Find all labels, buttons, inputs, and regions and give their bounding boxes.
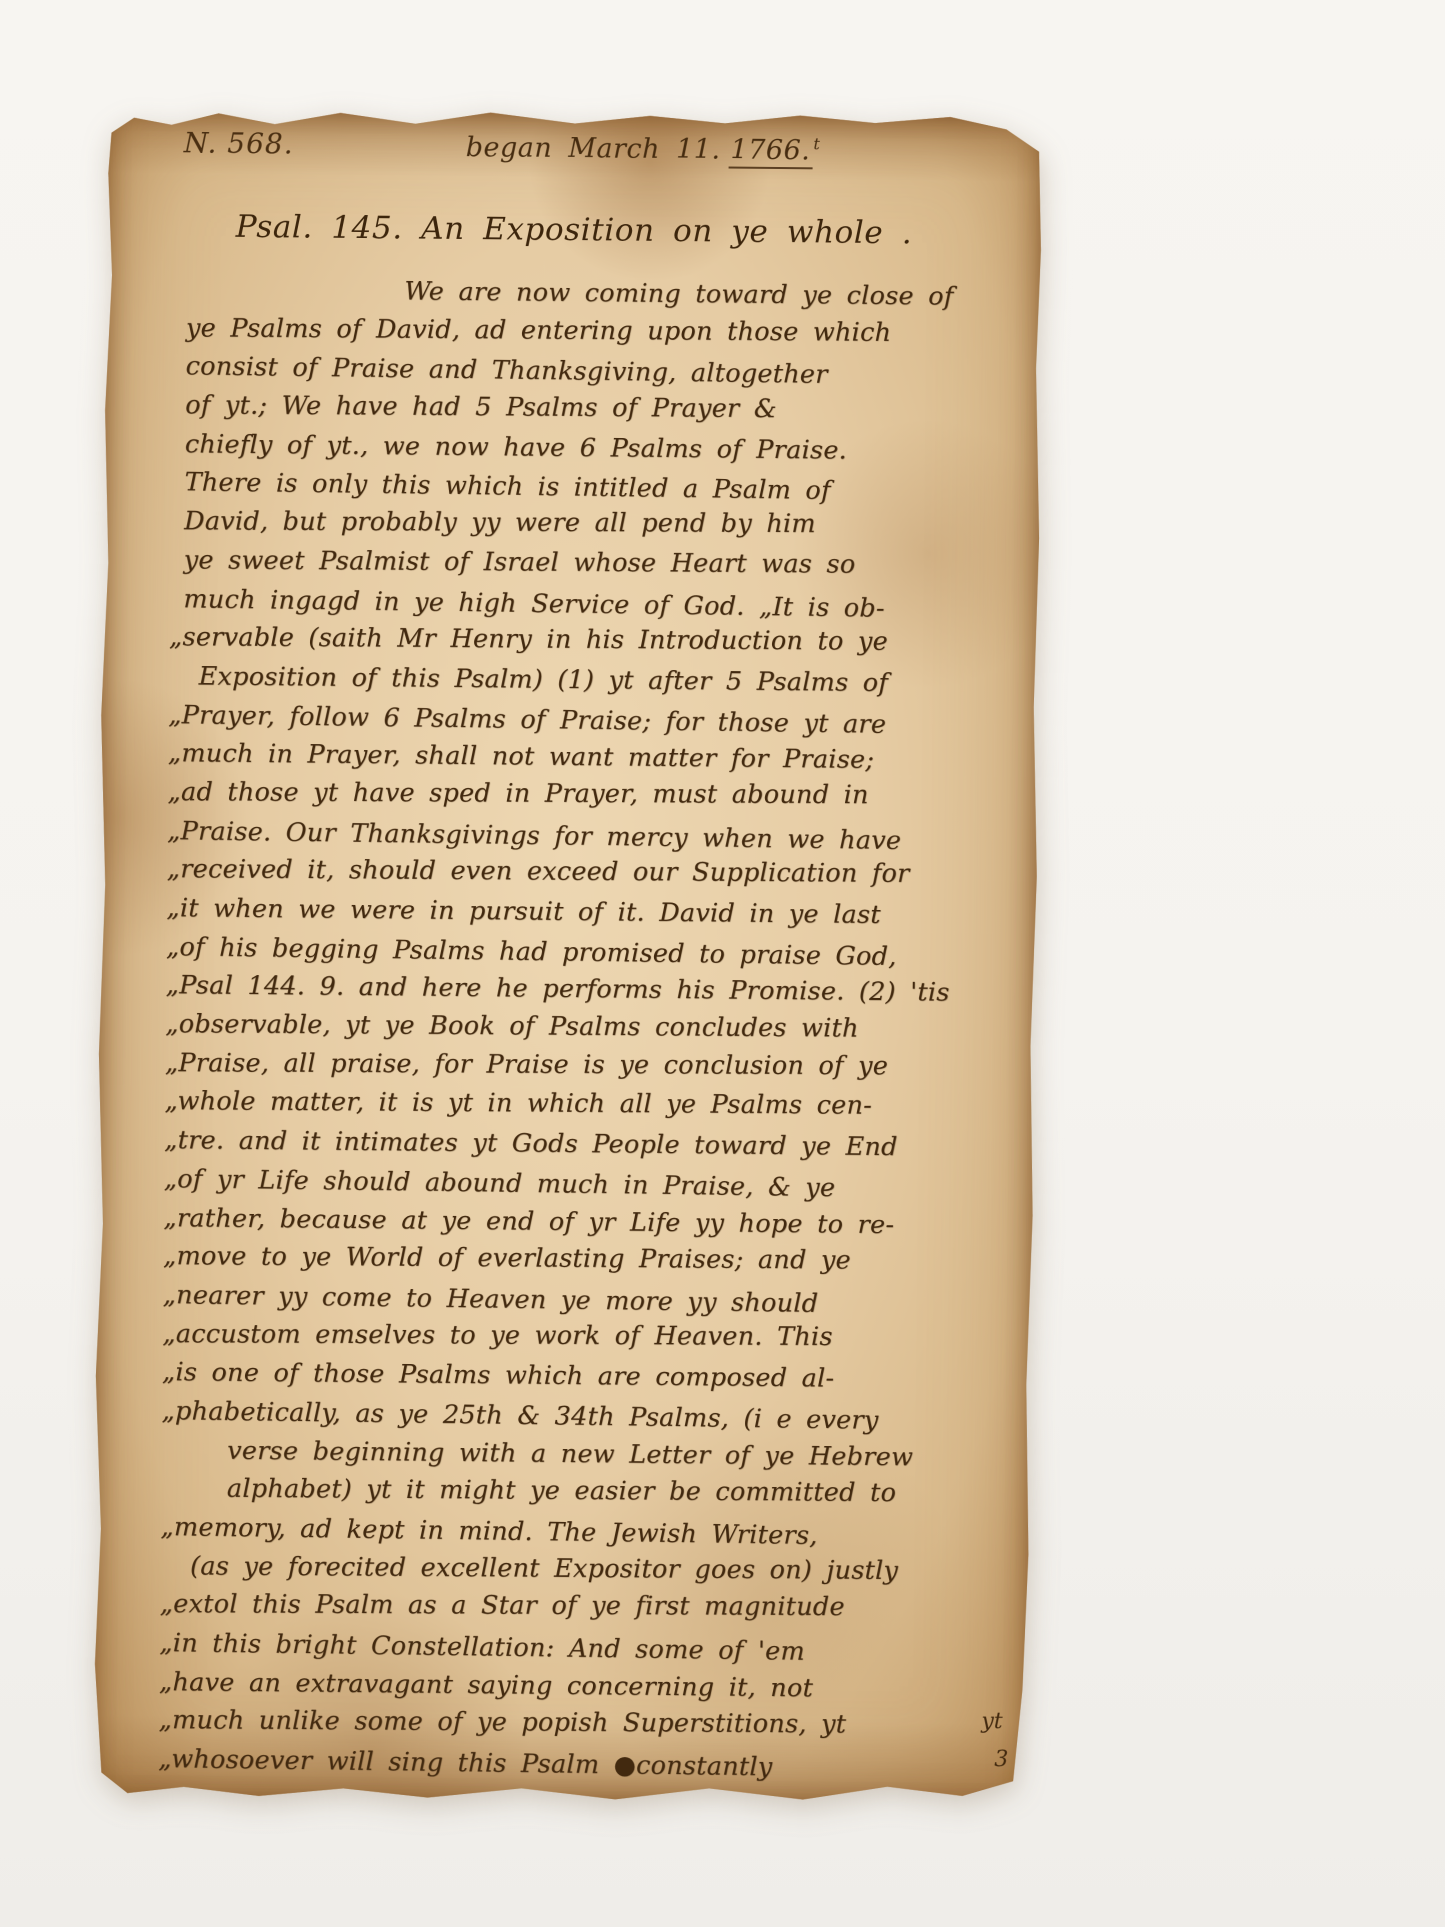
page-title: Psal. 145. An Exposition on ye whole . xyxy=(105,208,1043,253)
manuscript-line: alphabet) yt it might ye easier be commi… xyxy=(227,1470,1007,1514)
manuscript-line: „extol this Psalm as a Star of ye first … xyxy=(160,1585,1006,1627)
manuscript-line: of yt.; We have had 5 Psalms of Prayer & xyxy=(185,386,1017,430)
manuscript-line: „whole matter, it is yt in which all ye … xyxy=(164,1083,1010,1127)
manuscript-line: „accustom emselves to ye work of Heaven.… xyxy=(162,1315,1008,1357)
manuscript-line: David, but probably yy were all pend by … xyxy=(184,502,1016,544)
manuscript-line: „whosoever will sing this Psalm ●constan… xyxy=(158,1740,1004,1790)
manuscript-line: (as ye forecited excellent Expositor goe… xyxy=(190,1547,1006,1591)
date-year: 1766. xyxy=(728,135,812,170)
manuscript-line: „received it, should even exceed our Sup… xyxy=(167,850,1013,894)
page-header: N. 568. began March 11.1766.t xyxy=(105,106,1044,183)
date-line: began March 11.1766.t xyxy=(466,131,821,166)
manuscript-line: „much unlike some of ye popish Superstit… xyxy=(159,1702,1005,1746)
date-began: began March 11. xyxy=(466,132,721,165)
manuscript-line: We are now coming toward ye close of xyxy=(404,272,1018,317)
paper-sheet: N. 568. began March 11.1766.t Psal. 145.… xyxy=(90,106,1044,1809)
page-mark: 3 xyxy=(994,1747,1008,1772)
manuscript-page: N. 568. began March 11.1766.t Psal. 145.… xyxy=(90,106,1044,1809)
date-year-mark: t xyxy=(813,134,820,153)
manuscript-line: „move to ye World of everlasting Praises… xyxy=(163,1237,1009,1281)
manuscript-line: „servable (saith Mr Henry in his Introdu… xyxy=(169,618,1015,662)
manuscript-line: „ad those yt have sped in Prayer, must a… xyxy=(167,773,1013,815)
catchword: yt xyxy=(981,1709,1003,1734)
manuscript-line: ye Psalms of David, ad entering upon tho… xyxy=(186,309,1018,353)
sermon-number: N. 568. xyxy=(184,126,294,160)
manuscript-line: ye sweet Psalmist of Israel whose Heart … xyxy=(184,541,1016,585)
manuscript-line: „Praise, all praise, for Praise is ye co… xyxy=(165,1044,1011,1086)
manuscript-line: „observable, yt ye Book of Psalms conclu… xyxy=(165,1005,1011,1049)
manuscript-line: Exposition of this Psalm) (1) yt after 5… xyxy=(198,657,1014,704)
manuscript-body: We are now coming toward ye close ofye P… xyxy=(90,270,1042,1788)
